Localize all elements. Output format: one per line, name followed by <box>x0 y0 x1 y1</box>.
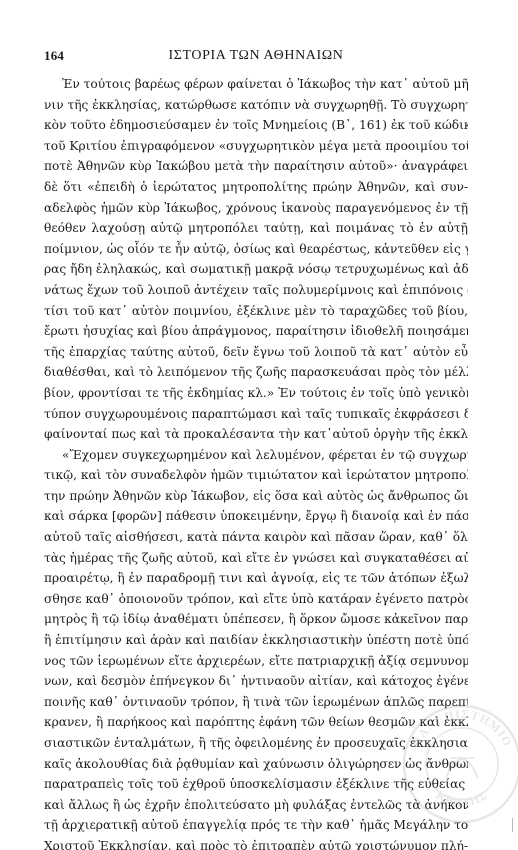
text-line: την πρώην Ἀθηνῶν κὺρ Ἰάκωβον, εἰς ὅσα κα… <box>44 486 468 507</box>
text-line: τίσι τοῦ κατ᾽ αὐτὸν ποιμνίου, ἐξέκλινε μ… <box>44 301 468 322</box>
text-line: μητρὸς ἢ τῷ ἰδίῳ ἀναθέματι ὑπέπεσεν, ἢ ὅ… <box>44 609 468 630</box>
text-line: δὲ ὅτι «ἐπειδὴ ὁ ἱερώτατος μητροπολίτης … <box>44 177 468 198</box>
text-line: τὰς ἡμέρας τῆς ζωῆς αὐτοῦ, καὶ εἴτε ἐν γ… <box>44 548 468 569</box>
text-line: νιν τῆς ἐκκλησίας, κατώρθωσε κατόπιν νὰ … <box>44 95 468 116</box>
book-page: 164 ΙΣΤΟΡΙΑ ΤΩΝ ΑΘΗΝΑΙΩΝ Ἐν τούτοις βαρέ… <box>0 0 518 850</box>
text-line: φαίνονταί πως καὶ τὰ προκαλέσαντα τὴν κα… <box>44 424 468 445</box>
text-line: νάτως ἔχων τοῦ λοιποῦ ἀντέχειν ταῖς πολυ… <box>44 280 468 301</box>
text-line: τύπον συγχωρουμένοις παραπτώμασι καὶ ταῖ… <box>44 404 468 425</box>
text-line: Ἐν τούτοις βαρέως φέρων φαίνεται ὁ Ἰάκωβ… <box>44 74 468 95</box>
text-line: προαιρέτῳ, ἢ ἐν παραδρομῇ τινι καὶ ἀγνοί… <box>44 568 468 589</box>
text-line: καὶ σάρκα [φορῶν] πάθεσιν ὑποκειμένην, ἔ… <box>44 506 468 527</box>
text-line: τικῷ, καὶ τὸν συναδελφὸν ἡμῶν τιμιώτατον… <box>44 465 468 486</box>
text-line: τοῦ Κριτίου ἐπιγραφόμενον «συγχωρητικὸν … <box>44 136 468 157</box>
scan-edge-mark <box>512 818 513 832</box>
library-stamp-icon: ΠΑΝΕΠΙΣΤΗΜΙΟ ΚΡΗΤΗΣ <box>398 700 518 828</box>
text-line: αδελφὸς ἡμῶν κὺρ Ἰάκωβος, χρόνους ἱκανοὺ… <box>44 198 468 219</box>
text-line: ἢ ἐπιτίμησιν καὶ ἀρὰν καὶ παιδίαν ἐκκλησ… <box>44 630 468 651</box>
text-line: βίον, φροντίσαι τε τῆς ἐκδημίας κλ.» Ἐν … <box>44 383 468 404</box>
text-line: θεόθεν λαχούσῃ αὐτῷ μητροπόλει ταύτῃ, κα… <box>44 218 468 239</box>
text-line: σθησε καθ᾽ ὁποιονοῦν τρόπον, καὶ εἴτε ὑπ… <box>44 589 468 610</box>
running-head: 164 ΙΣΤΟΡΙΑ ΤΩΝ ΑΘΗΝΑΙΩΝ <box>44 48 468 66</box>
text-line: κὸν τοῦτο ἐδημοσιεύσαμεν ἐν τοῖς Μνημείο… <box>44 115 468 136</box>
text-line: νος τῶν ἱερωμένων εἴτε ἀρχιερέων, εἴτε π… <box>44 651 468 672</box>
text-line: ποτὲ Ἀθηνῶν κὺρ Ἰακώβου μετὰ τὴν παραίτη… <box>44 156 468 177</box>
text-line: ποίμνιον, ὡς οἷόν τε ἦν αὐτῷ, ὁσίως καὶ … <box>44 239 468 260</box>
running-title: ΙΣΤΟΡΙΑ ΤΩΝ ΑΘΗΝΑΙΩΝ <box>44 48 468 64</box>
text-line: Χριστοῦ Ἐκκλησίαν, καὶ πρὸς τὸ ἐπιτραπὲν… <box>44 836 468 850</box>
text-line: ἔρωτι ἡσυχίας καὶ βίου ἀπράγμονος, παραί… <box>44 321 468 342</box>
text-line: νων, καὶ δεσμὸν ἐπήνεγκον δι᾽ ἡντιναοῦν … <box>44 671 468 692</box>
text-line: ρας ἤδη ἐληλακώς, καὶ σωματικῇ μακρᾷ νόσ… <box>44 259 468 280</box>
text-line: αὐτοῦ ταῖς αἰσθήσεσι, κατὰ πάντα καιρὸν … <box>44 527 468 548</box>
text-line: διαθέσθαι, καὶ τὸ λειπόμενον τῆς ζωῆς πα… <box>44 362 468 383</box>
text-line: τῆς ἐπαρχίας ταύτης αὐτοῦ, δεῖν ἔγνω τοῦ… <box>44 342 468 363</box>
text-line: «Ἔχομεν συγκεχωρημένον καὶ λελυμένον, φέ… <box>44 445 468 466</box>
svg-text:ΚΡΗΤΗΣ: ΚΡΗΤΗΣ <box>434 788 491 810</box>
